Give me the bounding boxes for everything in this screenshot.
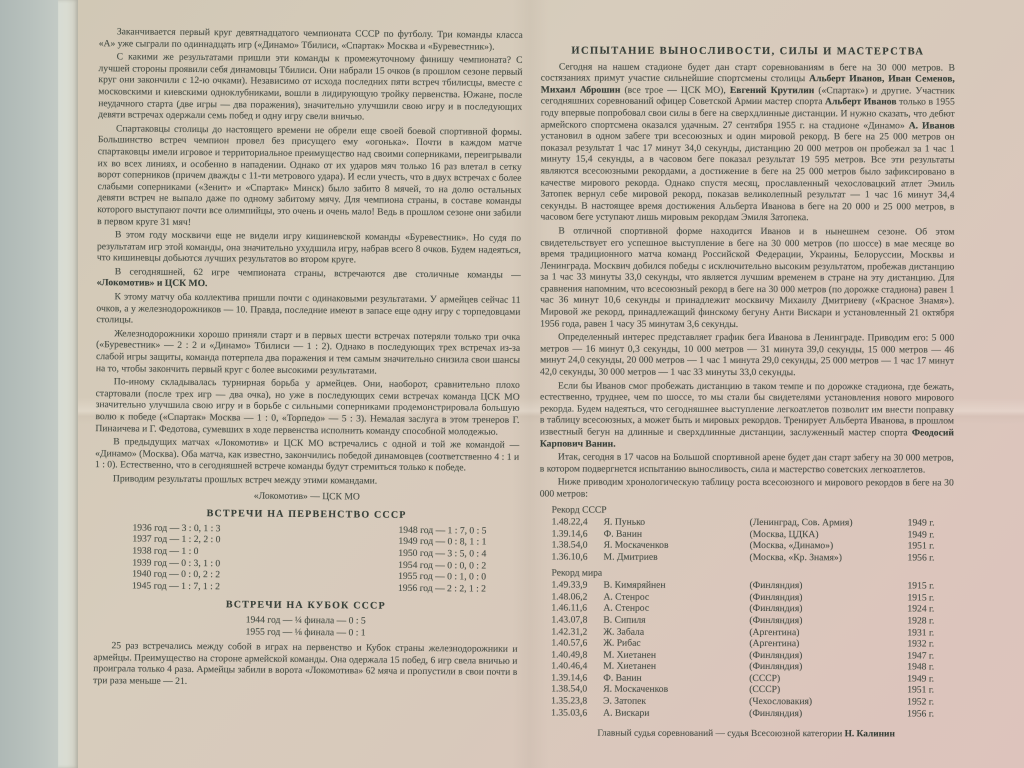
record-cell: (Финляндия) [749, 603, 907, 615]
record-cell: 1.35.03,6 [551, 707, 603, 719]
record-cell: 1931 г. [907, 627, 953, 639]
paragraph: С какими же результатами пришли эти кома… [98, 51, 523, 124]
text-segment: По-иному складывалась турнирная борьба у… [95, 377, 519, 438]
record-cell: А. Вискари [603, 707, 749, 719]
chief-referee-line: Главный судья соревнований — судья Всесо… [539, 729, 953, 742]
record-cell: 1947 г. [907, 650, 953, 662]
record-cell: 1.46.11,6 [551, 603, 603, 615]
record-row: 1.40.57,6Ж. Рибас(Аргентина)1932 г. [551, 638, 953, 651]
text-segment: В предыдущих матчах «Локомотив» и ЦСК МО… [95, 436, 519, 473]
text-segment: Заканчивается первый круг девятнадцатого… [99, 26, 523, 52]
record-row: 1.48.22,4Я. Пунько(Ленинград, Сов. Армия… [552, 517, 954, 530]
paragraph: В этом году москвичи еще не видели игру … [97, 229, 521, 267]
record-cell: (Чехословакия) [749, 696, 907, 708]
result-line: 1955 год — 0 : 1, 0 : 0 [398, 571, 518, 584]
record-cell: А. Стенрос [603, 603, 749, 615]
paragraph: В сегодняшней, 62 игре чемпионата страны… [97, 266, 521, 293]
cup-results: 1944 год — ¼ финала — 0 : 51955 год — ⅛ … [94, 613, 518, 640]
record-cell: В. Сипиля [603, 615, 749, 627]
results-column-left: 1936 год — 3 : 0, 1 : 31937 год — 1 : 2,… [94, 522, 307, 593]
paragraph: В отличной спортивной форме находится Ив… [540, 225, 954, 330]
text-segment: Спартаковцы столицы до настоящего времен… [97, 123, 522, 227]
paragraph: Сегодня на нашем стадионе будет дан стар… [540, 61, 954, 224]
record-cell: 1.38.54,0 [551, 684, 603, 696]
record-row: 1.35.23,8Э. Затопек(Чехословакия)1952 г. [551, 696, 953, 709]
record-cell: 1932 г. [907, 639, 953, 651]
record-cell: Я. Пунько [604, 517, 750, 529]
result-line: 1945 год — 1 : 7, 1 : 2 [132, 580, 306, 593]
record-row: 1.49.33,9В. Кимяряйнен(Финляндия)1915 г. [551, 580, 953, 593]
record-cell: А. Стенрос [603, 591, 749, 603]
closing-paragraph: 25 раз встречались между собой в играх н… [93, 640, 517, 690]
text-segment: В отличной спортивной форме находится Ив… [540, 225, 954, 329]
record-cell: Ф. Ванин [603, 672, 749, 684]
ussr-records-table: 1.48.22,4Я. Пунько(Ленинград, Сов. Армия… [552, 517, 954, 564]
record-cell: 1.42.31,2 [551, 626, 603, 638]
result-line: 1938 год — 1 : 0 [132, 545, 306, 558]
result-line: 1954 год — 0 : 0, 0 : 2 [398, 559, 518, 572]
record-row: 1.40.46,4М. Хиетанен(Финляндия)1948 г. [551, 661, 953, 674]
text-segment: (все трое — ЦСК МО), [620, 84, 730, 95]
text-segment: 25 раз встречались между собой в играх н… [93, 640, 517, 686]
record-cell: 1949 г. [907, 673, 953, 685]
paragraph: Заканчивается первый круг девятнадцатого… [99, 26, 523, 53]
right-page: ИСПЫТАНИЕ ВЫНОСЛИВОСТИ, СИЛЫ И МАСТЕРСТВ… [539, 39, 955, 741]
paragraph: Железнодорожники хорошо приняли старт и … [96, 328, 520, 378]
result-line: 1948 год — 1 : 7, 0 : 5 [398, 525, 518, 538]
cup-heading: ВСТРЕЧИ НА КУБОК СССР [94, 598, 518, 613]
world-records-label: Рекорд мира [552, 567, 954, 580]
record-cell: Ж. Рибас [603, 638, 749, 650]
paragraph: По-иному складывалась турнирная борьба у… [95, 376, 519, 438]
text-segment: установил в одном забеге три всесоюзных … [540, 131, 954, 224]
record-cell: 1.48.22,4 [552, 517, 604, 529]
match-title: «Локомотив» — ЦСК МО [95, 489, 519, 504]
record-cell: (Финляндия) [749, 615, 907, 627]
record-cell: (Москва, «Динамо») [750, 540, 908, 552]
paragraph: К этому матчу оба коллектива пришли почт… [96, 291, 520, 329]
record-cell: (Аргентина) [749, 627, 907, 639]
record-cell: (Финляндия) [749, 708, 907, 720]
record-cell: 1.40.46,4 [551, 661, 603, 673]
record-row: 1.36.10,6М. Дмитриев(Москва, «Кр. Знамя»… [552, 551, 954, 564]
result-line: 1956 год — 2 : 2, 1 : 2 [398, 583, 518, 596]
record-cell: 1.40.49,8 [551, 649, 603, 661]
text-segment: Определенный интерес представляет график… [540, 332, 954, 378]
record-cell: 1915 г. [907, 592, 953, 604]
record-cell: 1.39.14,6 [551, 672, 603, 684]
result-line: 1949 год — 0 : 8, 1 : 1 [398, 536, 518, 549]
record-cell: (Москва, ЦДКА) [750, 529, 908, 541]
record-cell: Я. Москаченков [603, 684, 749, 696]
result-line: 1955 год — ⅛ финала — 0 : 1 [94, 625, 518, 640]
text-segment: С какими же результатами пришли эти кома… [98, 52, 523, 123]
record-cell: Я. Москаченков [604, 540, 750, 552]
record-cell: (Финляндия) [749, 661, 907, 673]
record-cell: 1951 г. [908, 541, 954, 553]
results-lead-note: Приводим результаты прошлых встреч между… [95, 473, 519, 488]
text-segment: Железнодорожники хорошо приняли старт и … [96, 328, 520, 376]
record-cell: 1.48.06,2 [551, 591, 603, 603]
left-page: Заканчивается первый круг девятнадцатого… [93, 26, 523, 692]
record-cell: 1949 г. [908, 529, 954, 541]
bold-text: Евгений Крутилин [730, 85, 814, 96]
ussr-records-label: Рекорд СССР [552, 504, 954, 517]
bold-text: «Локомотив» и ЦСК МО. [97, 278, 208, 290]
record-row: 1.35.03,6А. Вискари(Финляндия)1956 г. [551, 707, 953, 720]
record-cell: 1.36.10,6 [552, 551, 604, 563]
record-cell: (Аргентина) [749, 638, 907, 650]
record-cell: 1924 г. [907, 604, 953, 616]
paragraph: Ниже приводим хронологическую таблицу ро… [540, 477, 954, 501]
record-cell: 1949 г. [908, 518, 954, 530]
record-cell: 1.49.33,9 [551, 580, 603, 592]
text-segment: Если бы Иванов смог пробежать дистанцию … [540, 380, 954, 438]
record-cell: (Ленинград, Сов. Армия) [750, 517, 908, 529]
record-cell: 1.43.07,8 [551, 614, 603, 626]
paragraph: Спартаковцы столицы до настоящего времен… [97, 123, 522, 231]
record-cell: 1.40.57,6 [551, 638, 603, 650]
championship-heading: ВСТРЕЧИ НА ПЕРВЕНСТВО СССР [95, 507, 519, 522]
text-segment: Итак, сегодня в 17 часов на Большой спор… [540, 452, 954, 476]
bold-text: Н. Калинин [845, 730, 895, 740]
page-title: ИСПЫТАНИЕ ВЫНОСЛИВОСТИ, СИЛЫ И МАСТЕРСТВ… [541, 45, 955, 58]
record-cell: 1951 г. [907, 685, 953, 697]
text-segment: Ниже приводим хронологическую таблицу ро… [540, 477, 954, 500]
championship-results: 1936 год — 3 : 0, 1 : 31937 год — 1 : 2,… [94, 522, 519, 595]
record-cell: (Финляндия) [749, 580, 907, 592]
record-row: 1.48.06,2А. Стенрос(Финляндия)1915 г. [551, 591, 953, 604]
world-records-table: 1.49.33,9В. Кимяряйнен(Финляндия)1915 г.… [551, 580, 953, 720]
text-segment: Главный судья соревнований — судья Всесо… [597, 729, 844, 740]
record-cell: 1.38.54,0 [552, 540, 604, 552]
record-cell: В. Кимяряйнен [603, 580, 749, 592]
record-cell: (СССР) [749, 684, 907, 696]
page-edge [58, 0, 78, 768]
record-row: 1.43.07,8В. Сипиля(Финляндия)1928 г. [551, 614, 953, 627]
paragraph: Итак, сегодня в 17 часов на Большой спор… [540, 452, 954, 476]
record-cell: (Финляндия) [749, 592, 907, 604]
bold-text: А. Иванов [909, 120, 955, 131]
record-row: 1.46.11,6А. Стенрос(Финляндия)1924 г. [551, 603, 953, 616]
record-cell: 1956 г. [908, 552, 954, 564]
text-segment: В этом году москвичи еще не видели игру … [97, 229, 521, 265]
record-cell: Э. Затопек [603, 696, 749, 708]
record-cell: 1915 г. [907, 581, 953, 593]
record-cell: Ж. Забала [603, 626, 749, 638]
record-cell: 1952 г. [907, 696, 953, 708]
record-row: 1.40.49,8М. Хиетанен(Финляндия)1947 г. [551, 649, 953, 662]
record-row: 1.39.14,6Ф. Ванин(Москва, ЦДКА)1949 г. [552, 528, 954, 541]
record-cell: (Финляндия) [749, 650, 907, 662]
paragraph: Определенный интерес представляет график… [540, 332, 954, 379]
results-column-right: 1948 год — 1 : 7, 0 : 51949 год — 0 : 8,… [306, 524, 519, 595]
record-row: 1.38.54,0Я. Москаченков(Москва, «Динамо»… [552, 540, 954, 553]
record-cell: 1.39.14,6 [552, 528, 604, 540]
paragraph: Если бы Иванов смог пробежать дистанцию … [540, 380, 954, 451]
record-cell: 1928 г. [907, 615, 953, 627]
record-cell: (Москва, «Кр. Знамя») [750, 552, 908, 564]
record-cell: Ф. Ванин [604, 528, 750, 540]
scanner-bed-strip [0, 0, 58, 768]
record-row: 1.38.54,0Я. Москаченков(СССР)1951 г. [551, 684, 953, 697]
text-segment: К этому матчу оба коллектива пришли почт… [96, 291, 520, 325]
record-cell: М. Хиетанен [603, 649, 749, 661]
scanned-program-spread: Заканчивается первый круг девятнадцатого… [0, 0, 1024, 768]
record-cell: М. Дмитриев [604, 552, 750, 564]
record-cell: М. Хиетанен [603, 661, 749, 673]
record-cell: 1956 г. [907, 708, 953, 720]
bold-text: Альберт Иванов [825, 97, 897, 108]
record-cell: 1948 г. [907, 662, 953, 674]
paragraph: В предыдущих матчах «Локомотив» и ЦСК МО… [95, 436, 519, 474]
result-line: 1950 год — 3 : 5, 0 : 4 [398, 548, 518, 561]
record-cell: 1.35.23,8 [551, 696, 603, 708]
